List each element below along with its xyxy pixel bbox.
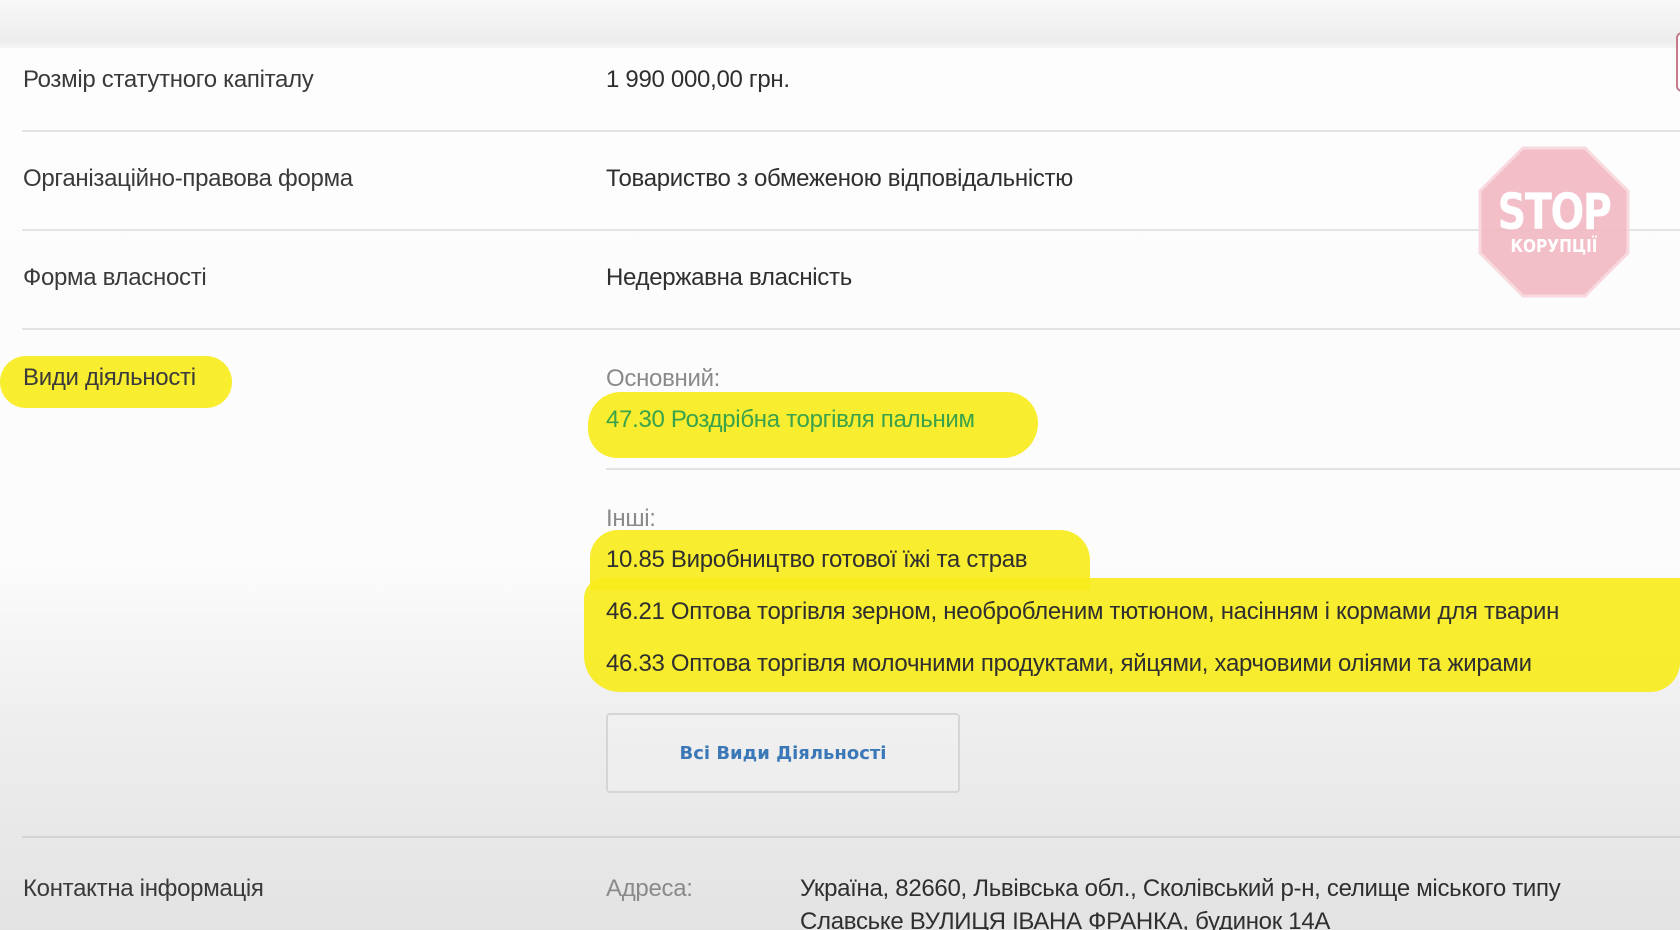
watermark-title: STOP xyxy=(1493,183,1615,241)
sub-divider xyxy=(606,468,1680,470)
activity-item: 46.33 Оптова торгівля молочними продукта… xyxy=(606,650,1532,678)
row-divider xyxy=(22,229,1680,231)
address-label: Адреса: xyxy=(606,875,693,903)
watermark-subtitle: КОРУПЦІЇ xyxy=(1489,236,1618,257)
row-divider xyxy=(22,836,1680,838)
row-divider xyxy=(22,130,1680,132)
ownership-label: Форма власності xyxy=(23,264,206,292)
primary-activity-link[interactable]: 47.30 Роздрібна торгівля пальним xyxy=(606,406,975,434)
ownership-value: Недержавна власність xyxy=(606,264,852,292)
contacts-label: Контактна інформація xyxy=(23,875,264,903)
activity-item: 10.85 Виробництво готової їжі та страв xyxy=(606,546,1027,574)
side-widget-edge[interactable] xyxy=(1676,32,1680,92)
all-activities-button[interactable]: Всі Види Діяльності xyxy=(606,713,960,793)
activity-item: 46.21 Оптова торгівля зерном, необроблен… xyxy=(606,598,1559,626)
address-line-2: Славське ВУЛИЦЯ ІВАНА ФРАНКА, будинок 14… xyxy=(800,908,1330,930)
other-activities-label: Інші: xyxy=(606,505,656,533)
legal-form-label: Організаційно-правова форма xyxy=(23,165,353,193)
legal-form-value: Товариство з обмеженою відповідальністю xyxy=(606,165,1073,193)
primary-activity-label: Основний: xyxy=(606,365,720,393)
activities-label: Види діяльності xyxy=(23,364,196,392)
capital-label: Розмір статутного капіталу xyxy=(23,66,314,94)
row-divider xyxy=(22,328,1680,330)
top-bar xyxy=(0,0,1680,48)
capital-value: 1 990 000,00 грн. xyxy=(606,66,790,94)
address-line-1: Україна, 82660, Львівська обл., Сколівсь… xyxy=(800,875,1560,903)
